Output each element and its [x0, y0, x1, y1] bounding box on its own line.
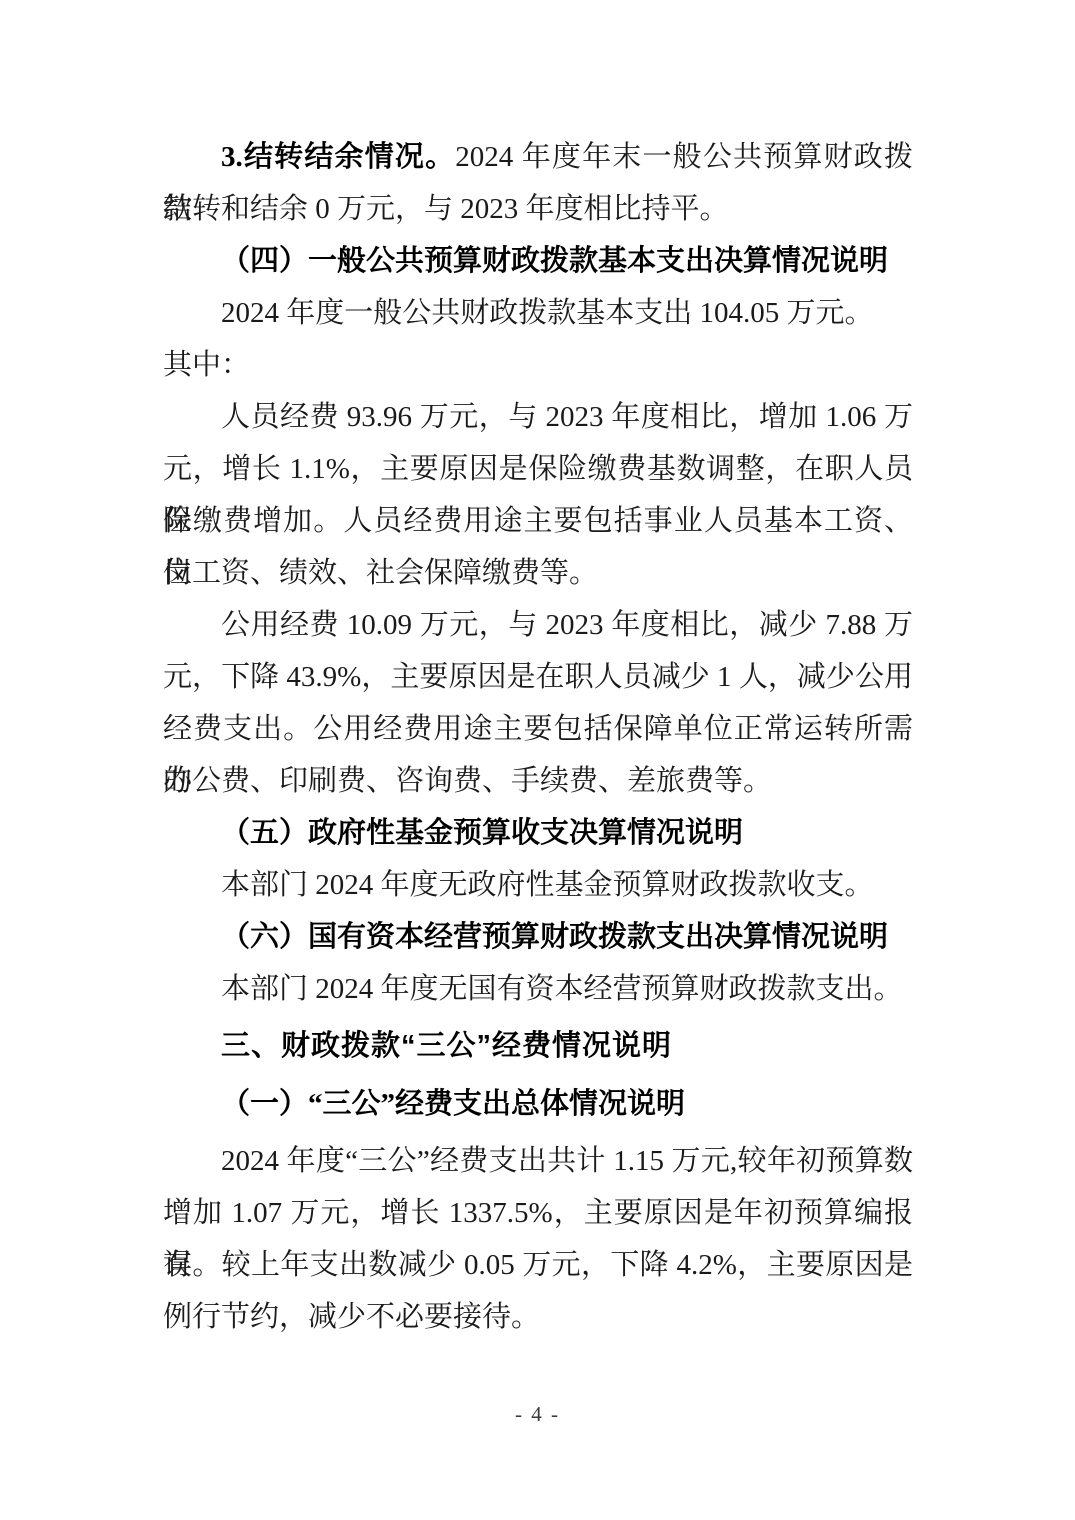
- document-page: 3.结转结余情况。2024 年度年末一般公共预算财政拨款 结转和结余 0 万元，…: [0, 0, 1075, 1520]
- para-public-funds-line-2: 元，下降 43.9%，主要原因是在职人员减少 1 人，减少公用: [163, 651, 913, 703]
- para-three-public-line-1: 2024 年度“三公”经费支出共计 1.15 万元,较年初预算数: [163, 1135, 913, 1187]
- heading-chapter-3: 三、财政拨款“三公”经费情况说明: [163, 1020, 913, 1072]
- para-personnel-line-4: 位工资、绩效、社会保障缴费等。: [163, 547, 913, 599]
- document-body: 3.结转结余情况。2024 年度年末一般公共预算财政拨款 结转和结余 0 万元，…: [163, 131, 913, 1343]
- heading-section-5: （五）政府性基金预算收支决算情况说明: [163, 807, 913, 859]
- para-three-public-line-4: 例行节约，减少不必要接待。: [163, 1291, 913, 1343]
- heading-subsection-1: （一）“三公”经费支出总体情况说明: [163, 1078, 913, 1130]
- para-public-funds-line-3: 经费支出。公用经费用途主要包括保障单位正常运转所需的: [163, 703, 913, 755]
- para-carryover-line-2: 结转和结余 0 万元，与 2023 年度相比持平。: [163, 183, 913, 235]
- heading-section-4: （四）一般公共预算财政拨款基本支出决算情况说明: [163, 235, 913, 287]
- para-personnel-line-1: 人员经费 93.96 万元，与 2023 年度相比，增加 1.06 万: [163, 391, 913, 443]
- para-gov-fund: 本部门 2024 年度无政府性基金预算财政拨款收支。: [163, 859, 913, 911]
- para-three-public-line-2: 增加 1.07 万元，增长 1337.5%，主要原因是年初预算编报有: [163, 1187, 913, 1239]
- heading-section-6: （六）国有资本经营预算财政拨款支出决算情况说明: [163, 911, 913, 963]
- para-carryover-line-1: 3.结转结余情况。2024 年度年末一般公共预算财政拨款: [163, 131, 913, 183]
- para-personnel-line-3: 险缴费增加。人员经费用途主要包括事业人员基本工资、岗: [163, 495, 913, 547]
- para-public-funds-line-1: 公用经费 10.09 万元，与 2023 年度相比，减少 7.88 万: [163, 599, 913, 651]
- para-state-capital: 本部门 2024 年度无国有资本经营预算财政拨款支出。: [163, 963, 913, 1015]
- para-public-funds-line-4: 办公费、印刷费、咨询费、手续费、差旅费等。: [163, 755, 913, 807]
- para-basic-expense-line-2: 其中：: [163, 339, 913, 391]
- para-basic-expense-line-1: 2024 年度一般公共财政拨款基本支出 104.05 万元。: [163, 287, 913, 339]
- page-number: - 4 -: [0, 1402, 1075, 1427]
- para-carryover-lead: 3.结转结余情况。: [221, 141, 455, 173]
- para-personnel-line-2: 元，增长 1.1%，主要原因是保险缴费基数调整，在职人员保: [163, 443, 913, 495]
- para-three-public-line-3: 误。较上年支出数减少 0.05 万元，下降 4.2%，主要原因是: [163, 1239, 913, 1291]
